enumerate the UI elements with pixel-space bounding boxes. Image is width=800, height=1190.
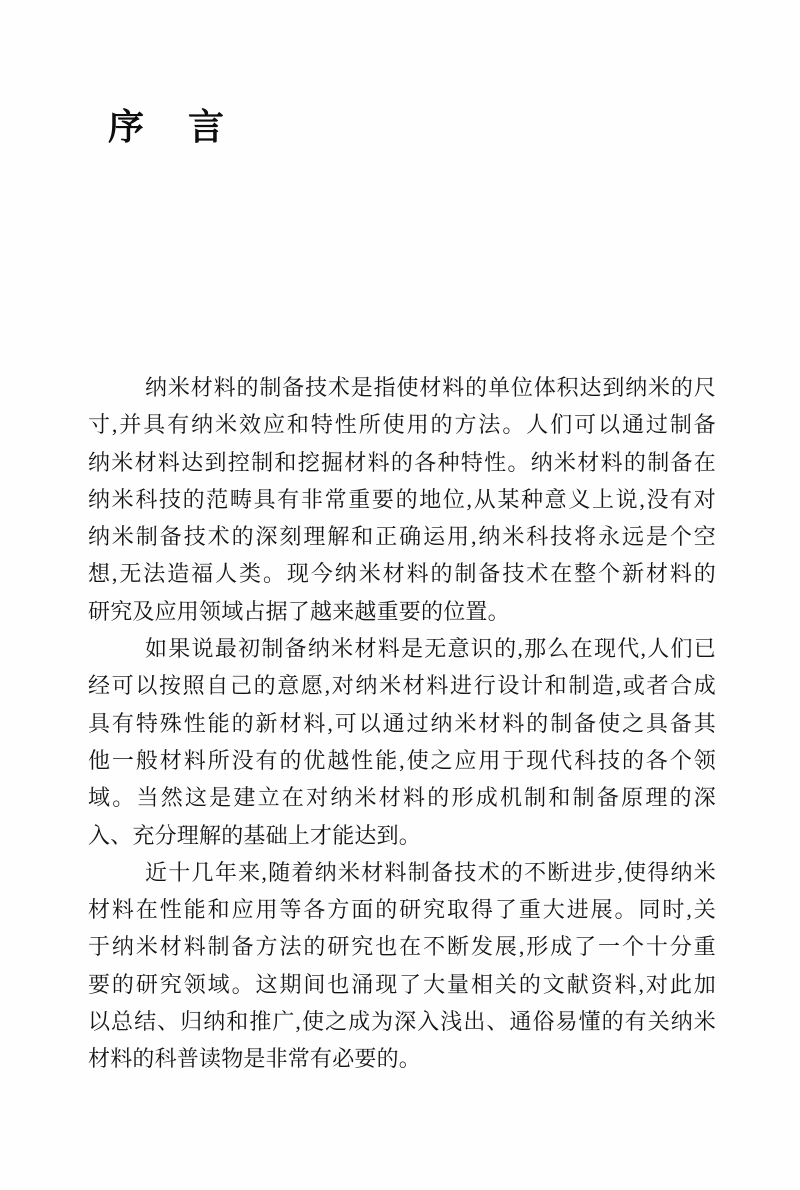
text-line: 如果说最初制备纳米材料是无意识的,那么在现代,人们已 <box>88 630 716 667</box>
text-line: 想,无法造福人类。现今纳米材料的制备技术在整个新材料的 <box>88 555 716 592</box>
book-page: 序 言 纳米材料的制备技术是指使材料的单位体积达到纳米的尺寸,并具有纳米效应和特… <box>0 0 800 1190</box>
text-line: 具有特殊性能的新材料,可以通过纳米材料的制备使之具备其 <box>88 705 716 742</box>
text-line: 要的研究领域。这期间也涌现了大量相关的文献资料,对此加 <box>88 966 716 1003</box>
paragraph: 纳米材料的制备技术是指使材料的单位体积达到纳米的尺寸,并具有纳米效应和特性所使用… <box>88 369 716 630</box>
text-line: 寸,并具有纳米效应和特性所使用的方法。人们可以通过制备 <box>88 406 716 443</box>
text-line: 研究及应用领域占据了越来越重要的位置。 <box>88 593 716 630</box>
body-text: 纳米材料的制备技术是指使材料的单位体积达到纳米的尺寸,并具有纳米效应和特性所使用… <box>88 369 716 1078</box>
text-line: 入、充分理解的基础上才能达到。 <box>88 817 716 854</box>
text-line: 域。当然这是建立在对纳米材料的形成机制和制备原理的深 <box>88 779 716 816</box>
text-line: 于纳米材料制备方法的研究也在不断发展,形成了一个十分重 <box>88 928 716 965</box>
text-line: 经可以按照自己的意愿,对纳米材料进行设计和制造,或者合成 <box>88 667 716 704</box>
text-line: 以总结、归纳和推广,使之成为深入浅出、通俗易懂的有关纳米 <box>88 1003 716 1040</box>
text-line: 纳米材料达到控制和挖掘材料的各种特性。纳米材料的制备在 <box>88 444 716 481</box>
text-line: 纳米科技的范畴具有非常重要的地位,从某种意义上说,没有对 <box>88 481 716 518</box>
paragraph: 如果说最初制备纳米材料是无意识的,那么在现代,人们已经可以按照自己的意愿,对纳米… <box>88 630 716 854</box>
text-line: 纳米制备技术的深刻理解和正确运用,纳米科技将永远是个空 <box>88 518 716 555</box>
text-line: 他一般材料所没有的优越性能,使之应用于现代科技的各个领 <box>88 742 716 779</box>
text-line: 材料在性能和应用等各方面的研究取得了重大进展。同时,关 <box>88 891 716 928</box>
text-line: 近十几年来,随着纳米材料制备技术的不断进步,使得纳米 <box>88 854 716 891</box>
paragraph: 近十几年来,随着纳米材料制备技术的不断进步,使得纳米材料在性能和应用等各方面的研… <box>88 854 716 1078</box>
text-line: 纳米材料的制备技术是指使材料的单位体积达到纳米的尺 <box>88 369 716 406</box>
page-title: 序 言 <box>108 104 228 152</box>
text-line: 材料的科普读物是非常有必要的。 <box>88 1040 716 1077</box>
